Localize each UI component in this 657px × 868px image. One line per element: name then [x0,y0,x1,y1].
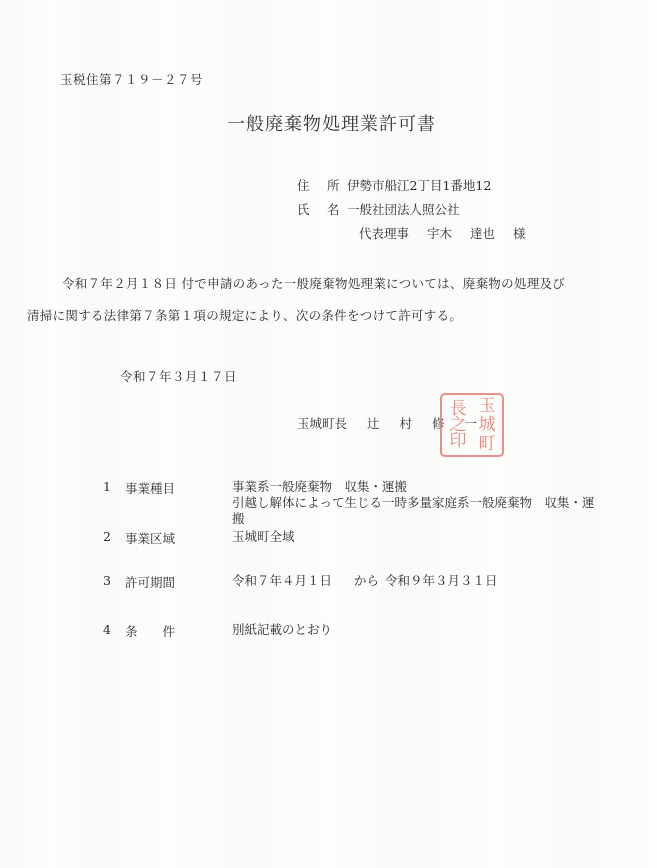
recipient-address-row: 住所 伊勢市船江2丁目1番地12 [297,176,491,194]
representative-given-name: 達也 [470,226,495,241]
item-value: 事業系一般廃棄物 収集・運搬 引越し解体によって生じる一時多量家庭系一般廃棄物 … [232,479,595,527]
seal-right-column: 玉 城 町 [474,397,500,454]
document-page: 玉税住第７１９－２７号 一般廃棄物処理業許可書 住所 伊勢市船江2丁目1番地12… [0,0,657,868]
period-end: 令和９年３月３１日 [385,573,498,588]
body-text-line-2: 清掃に関する法律第７条第１項の規定により、次の条件をつけて許可する。 [27,306,462,324]
item-label: 事業区域 [125,529,175,547]
document-title: 一般廃棄物処理業許可書 [227,110,436,136]
item-label: 事業種目 [125,479,175,497]
issue-date: 令和７年３月１７日 [120,367,237,385]
item-number: 3 [103,573,111,588]
item-number: 2 [103,529,111,544]
document-number: 玉税住第７１９－２７号 [60,70,203,88]
name-label: 氏名 [297,200,343,218]
item-label: 許可期間 [125,573,175,591]
body-text-line-1: 令和７年２月１８日 付で申請のあった一般廃棄物処理業については、廃棄物の処理及び [62,274,565,292]
honorific: 様 [513,226,526,241]
issuer-title: 玉城町長 [297,416,347,431]
item-number: 4 [103,622,111,637]
item-value: 別紙記載のとおり [232,622,332,638]
address-label: 住所 [297,176,343,194]
address-value: 伊勢市船江2丁目1番地12 [347,178,491,193]
representative-title: 代表理事 [359,226,409,241]
issuer-surname-1: 辻 [367,416,380,431]
permit-period: 令和７年４月１日 から 令和９年３月３１日 [232,573,516,589]
item-label: 条 件 [125,622,175,640]
official-seal-stamp: 玉 城 町 長 之 印 [440,393,504,457]
representative-row: 代表理事 宇木 達也 様 [359,224,540,242]
representative-surname: 宇木 [427,226,452,241]
recipient-name-row: 氏名 一般社団法人照公社 [297,200,460,218]
period-separator: から [354,573,379,588]
name-value: 一般社団法人照公社 [347,202,460,217]
seal-left-column: 長 之 印 [445,401,471,449]
issuer-surname-2: 村 [400,416,413,431]
item-number: 1 [103,479,111,494]
period-start: 令和７年４月１日 [232,573,332,588]
item-value: 玉城町全域 [232,529,295,545]
